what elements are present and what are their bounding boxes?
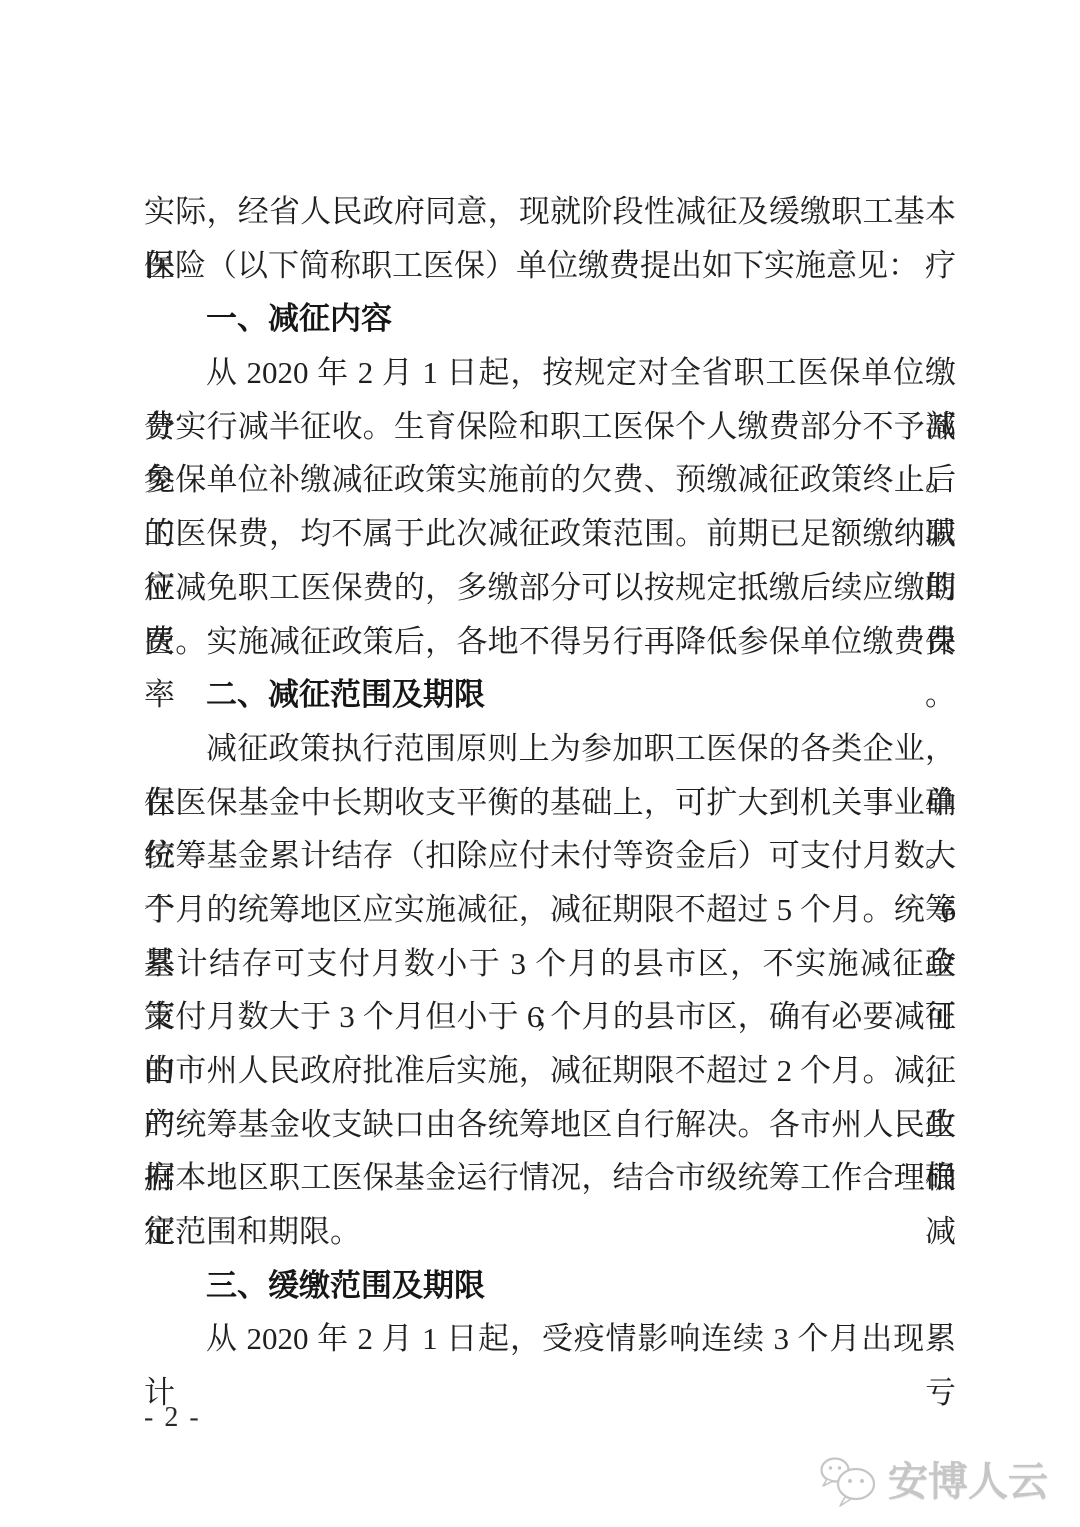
paragraph-line: 保险（以下简称职工医保）单位缴费提出如下实施意见： xyxy=(144,239,956,293)
paragraph-line: 参保单位补缴减征政策实施前的欠费、预缴减征政策终止后的职 xyxy=(144,453,956,507)
paragraph-line: 的统筹基金收支缺口由各统筹地区自行解决。各市州人民政府根 xyxy=(144,1098,956,1152)
paragraph-line: 工医保费，均不属于此次减征政策范围。前期已足额缴纳减征期 xyxy=(144,507,956,561)
paragraph-line: 个月的统筹地区应实施减征，减征期限不超过 5 个月。统筹基金 xyxy=(144,883,956,937)
paragraph-line: 统筹基金累计结存（扣除应付未付等资金后）可支付月数大于 6 xyxy=(144,829,956,883)
paragraph-line: 支付月数大于 3 个月但小于 6 个月的县市区，确有必要减征的， xyxy=(144,990,956,1044)
paragraph-line: 从 2020 年 2 月 1 日起，受疫情影响连续 3 个月出现累计亏 xyxy=(144,1312,956,1366)
paragraph-line: 应减免职工医保费的，多缴部分可以按规定抵缴后续应缴的医保 xyxy=(144,561,956,615)
paragraph-line: 减征政策执行范围原则上为参加职工医保的各类企业，在确 xyxy=(144,722,956,776)
page-number: - 2 - xyxy=(144,1398,201,1438)
paragraph-line: 从 2020 年 2 月 1 日起，按规定对全省职工医保单位缴费部 xyxy=(144,346,956,400)
paragraph-line: 据本地区职工医保基金运行情况，结合市级统筹工作合理确定减 xyxy=(144,1151,956,1205)
paragraph-line: 实际，经省人民政府同意，现就阶段性减征及缓缴职工基本医疗 xyxy=(144,185,956,239)
paragraph-line: 由市州人民政府批准后实施，减征期限不超过 2 个月。减征产生 xyxy=(144,1044,956,1098)
section-heading-1: 一、减征内容 xyxy=(144,292,956,346)
paragraph-line: 保医保基金中长期收支平衡的基础上，可扩大到机关事业单位。 xyxy=(144,776,956,830)
document-page: 实际，经省人民政府同意，现就阶段性减征及缓缴职工基本医疗 保险（以下简称职工医保… xyxy=(0,0,1080,1527)
watermark: 安博人云 xyxy=(818,1452,1048,1512)
section-heading-3: 三、缓缴范围及期限 xyxy=(144,1259,956,1313)
paragraph-line: 累计结存可支付月数小于 3 个月的县市区，不实施减征政策；可 xyxy=(144,937,956,991)
document-body: 实际，经省人民政府同意，现就阶段性减征及缓缴职工基本医疗 保险（以下简称职工医保… xyxy=(144,185,956,1366)
paragraph-line: 分实行减半征收。生育保险和职工医保个人缴费部分不予减免。 xyxy=(144,400,956,454)
paragraph-line: 费。实施减征政策后，各地不得另行再降低参保单位缴费费率。 xyxy=(144,615,956,669)
watermark-text: 安博人云 xyxy=(888,1452,1048,1512)
wechat-icon xyxy=(818,1455,880,1509)
